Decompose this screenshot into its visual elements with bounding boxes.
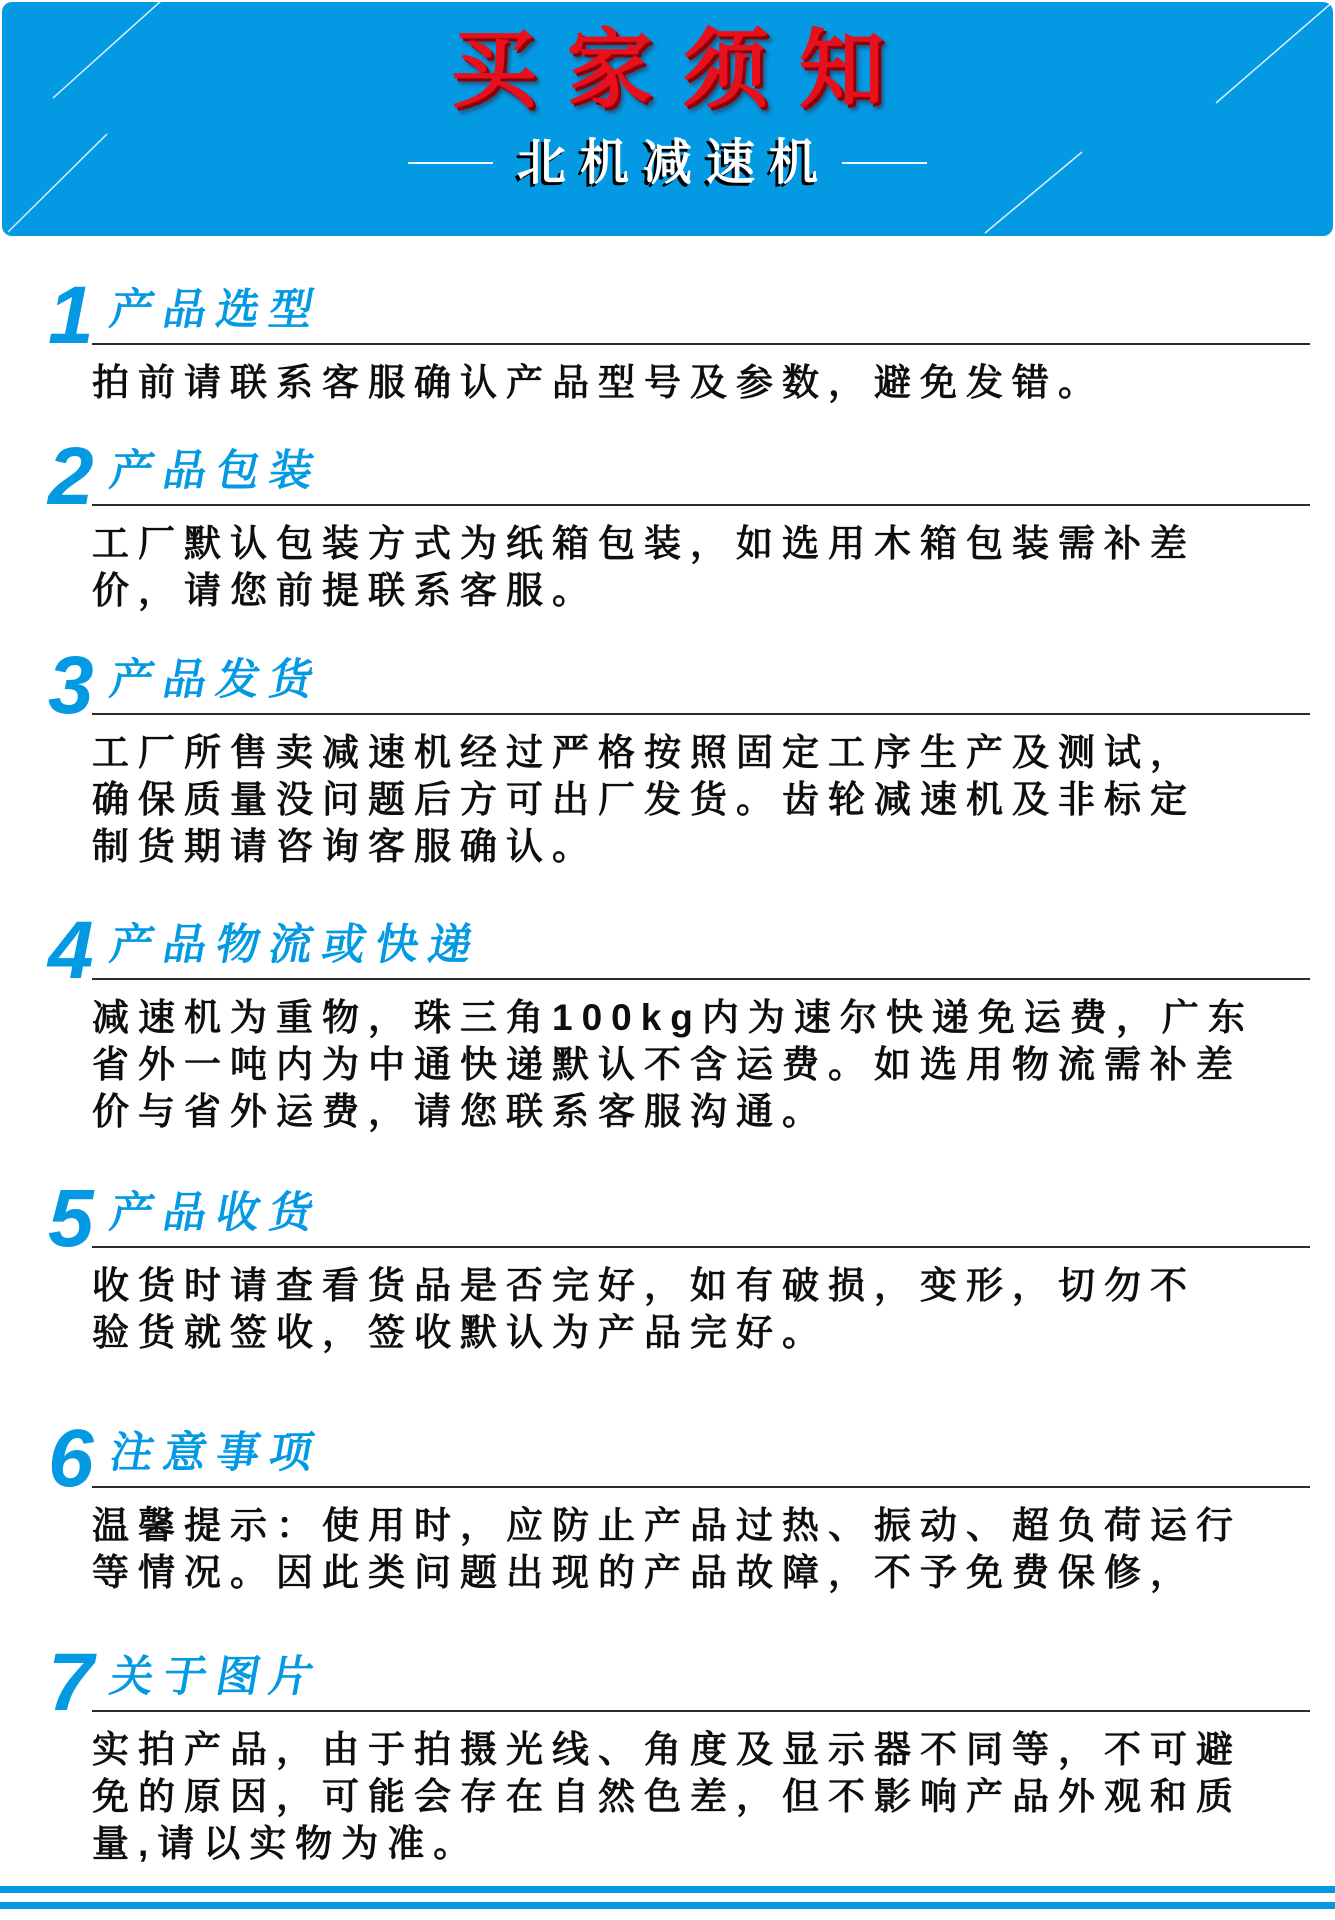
section-number: 1 bbox=[48, 275, 94, 357]
body-line: 免的原因，可能会存在自然色差，但不影响产品外观和质 bbox=[92, 1773, 1310, 1820]
section-product-packaging: 2 产品包装 工厂默认包装方式为纸箱包装，如选用木箱包装需补差 价，请您前提联系… bbox=[48, 448, 1310, 614]
section-heading: 1 产品选型 bbox=[48, 287, 1310, 345]
footer-stripe-top bbox=[0, 1886, 1335, 1893]
buyer-notice-poster: 买家须知 北机减速机 1 产品选型 拍前请联系客服确认产品型号及参数，避免发错。… bbox=[0, 0, 1335, 1920]
heading-underline bbox=[92, 713, 1310, 715]
section-product-receiving: 5 产品收货 收货时请查看货品是否完好，如有破损，变形，切勿不 验货就签收，签收… bbox=[48, 1190, 1310, 1356]
section-number: 6 bbox=[48, 1418, 94, 1500]
section-logistics-express: 4 产品物流或快递 减速机为重物，珠三角100kg内为速尔快递免运费，广东 省外… bbox=[48, 922, 1310, 1135]
section-body: 温馨提示：使用时，应防止产品过热、振动、超负荷运行 等情况。因此类问题出现的产品… bbox=[92, 1502, 1310, 1596]
body-line: 工厂默认包装方式为纸箱包装，如选用木箱包装需补差 bbox=[92, 520, 1310, 567]
section-title: 产品包装 bbox=[106, 437, 329, 498]
section-body: 工厂所售卖减速机经过严格按照固定工序生产及测试， 确保质量没问题后方可出厂发货。… bbox=[92, 729, 1310, 870]
heading-underline bbox=[92, 1710, 1310, 1712]
section-number: 5 bbox=[48, 1178, 94, 1260]
body-line: 拍前请联系客服确认产品型号及参数，避免发错。 bbox=[92, 359, 1310, 406]
section-heading: 4 产品物流或快递 bbox=[48, 922, 1310, 980]
section-title: 注意事项 bbox=[106, 1419, 329, 1480]
section-title: 产品选型 bbox=[106, 276, 329, 337]
page-title: 买家须知 bbox=[2, 22, 1333, 118]
footer-stripe-bottom bbox=[0, 1902, 1335, 1909]
body-line: 确保质量没问题后方可出厂发货。齿轮减速机及非标定 bbox=[92, 776, 1310, 823]
body-line: 价，请您前提联系客服。 bbox=[92, 567, 1310, 614]
section-body: 收货时请查看货品是否完好，如有破损，变形，切勿不 验货就签收，签收默认为产品完好… bbox=[92, 1262, 1310, 1356]
heading-underline bbox=[92, 504, 1310, 506]
body-line: 制货期请咨询客服确认。 bbox=[92, 823, 1310, 870]
subtitle-line-left bbox=[408, 162, 493, 164]
section-title: 产品发货 bbox=[106, 646, 329, 707]
body-line: 收货时请查看货品是否完好，如有破损，变形，切勿不 bbox=[92, 1262, 1310, 1309]
section-number: 3 bbox=[48, 645, 94, 727]
section-number: 7 bbox=[48, 1642, 94, 1724]
section-product-shipping: 3 产品发货 工厂所售卖减速机经过严格按照固定工序生产及测试， 确保质量没问题后… bbox=[48, 657, 1310, 870]
section-body: 拍前请联系客服确认产品型号及参数，避免发错。 bbox=[92, 359, 1310, 406]
body-line: 实拍产品，由于拍摄光线、角度及显示器不同等，不可避 bbox=[92, 1726, 1310, 1773]
section-about-images: 7 关于图片 实拍产品，由于拍摄光线、角度及显示器不同等，不可避 免的原因，可能… bbox=[48, 1654, 1310, 1867]
section-heading: 6 注意事项 bbox=[48, 1430, 1310, 1488]
section-body: 工厂默认包装方式为纸箱包装，如选用木箱包装需补差 价，请您前提联系客服。 bbox=[92, 520, 1310, 614]
heading-underline bbox=[92, 1246, 1310, 1248]
subtitle-line-right bbox=[842, 162, 927, 164]
section-title: 产品物流或快递 bbox=[106, 911, 488, 972]
section-heading: 5 产品收货 bbox=[48, 1190, 1310, 1248]
section-heading: 2 产品包装 bbox=[48, 448, 1310, 506]
section-precautions: 6 注意事项 温馨提示：使用时，应防止产品过热、振动、超负荷运行 等情况。因此类… bbox=[48, 1430, 1310, 1596]
page-subtitle: 北机减速机 bbox=[503, 132, 832, 194]
section-heading: 7 关于图片 bbox=[48, 1654, 1310, 1712]
heading-underline bbox=[92, 343, 1310, 345]
body-line: 减速机为重物，珠三角100kg内为速尔快递免运费，广东 bbox=[92, 994, 1310, 1041]
section-title: 关于图片 bbox=[106, 1643, 329, 1704]
heading-underline bbox=[92, 978, 1310, 980]
body-line: 验货就签收，签收默认为产品完好。 bbox=[92, 1309, 1310, 1356]
body-line: 温馨提示：使用时，应防止产品过热、振动、超负荷运行 bbox=[92, 1502, 1310, 1549]
header-banner: 买家须知 北机减速机 bbox=[2, 2, 1333, 236]
section-number: 2 bbox=[48, 436, 94, 518]
section-body: 减速机为重物，珠三角100kg内为速尔快递免运费，广东 省外一吨内为中通快递默认… bbox=[92, 994, 1310, 1135]
section-heading: 3 产品发货 bbox=[48, 657, 1310, 715]
section-number: 4 bbox=[48, 910, 94, 992]
section-title: 产品收货 bbox=[106, 1179, 329, 1240]
body-line: 量,请以实物为准。 bbox=[92, 1820, 1310, 1867]
subtitle-row: 北机减速机 bbox=[2, 132, 1333, 194]
section-product-selection: 1 产品选型 拍前请联系客服确认产品型号及参数，避免发错。 bbox=[48, 287, 1310, 406]
section-body: 实拍产品，由于拍摄光线、角度及显示器不同等，不可避 免的原因，可能会存在自然色差… bbox=[92, 1726, 1310, 1867]
heading-underline bbox=[92, 1486, 1310, 1488]
body-line: 价与省外运费，请您联系客服沟通。 bbox=[92, 1088, 1310, 1135]
body-line: 工厂所售卖减速机经过严格按照固定工序生产及测试， bbox=[92, 729, 1310, 776]
body-line: 等情况。因此类问题出现的产品故障，不予免费保修， bbox=[92, 1549, 1310, 1596]
body-line: 省外一吨内为中通快递默认不含运费。如选用物流需补差 bbox=[92, 1041, 1310, 1088]
